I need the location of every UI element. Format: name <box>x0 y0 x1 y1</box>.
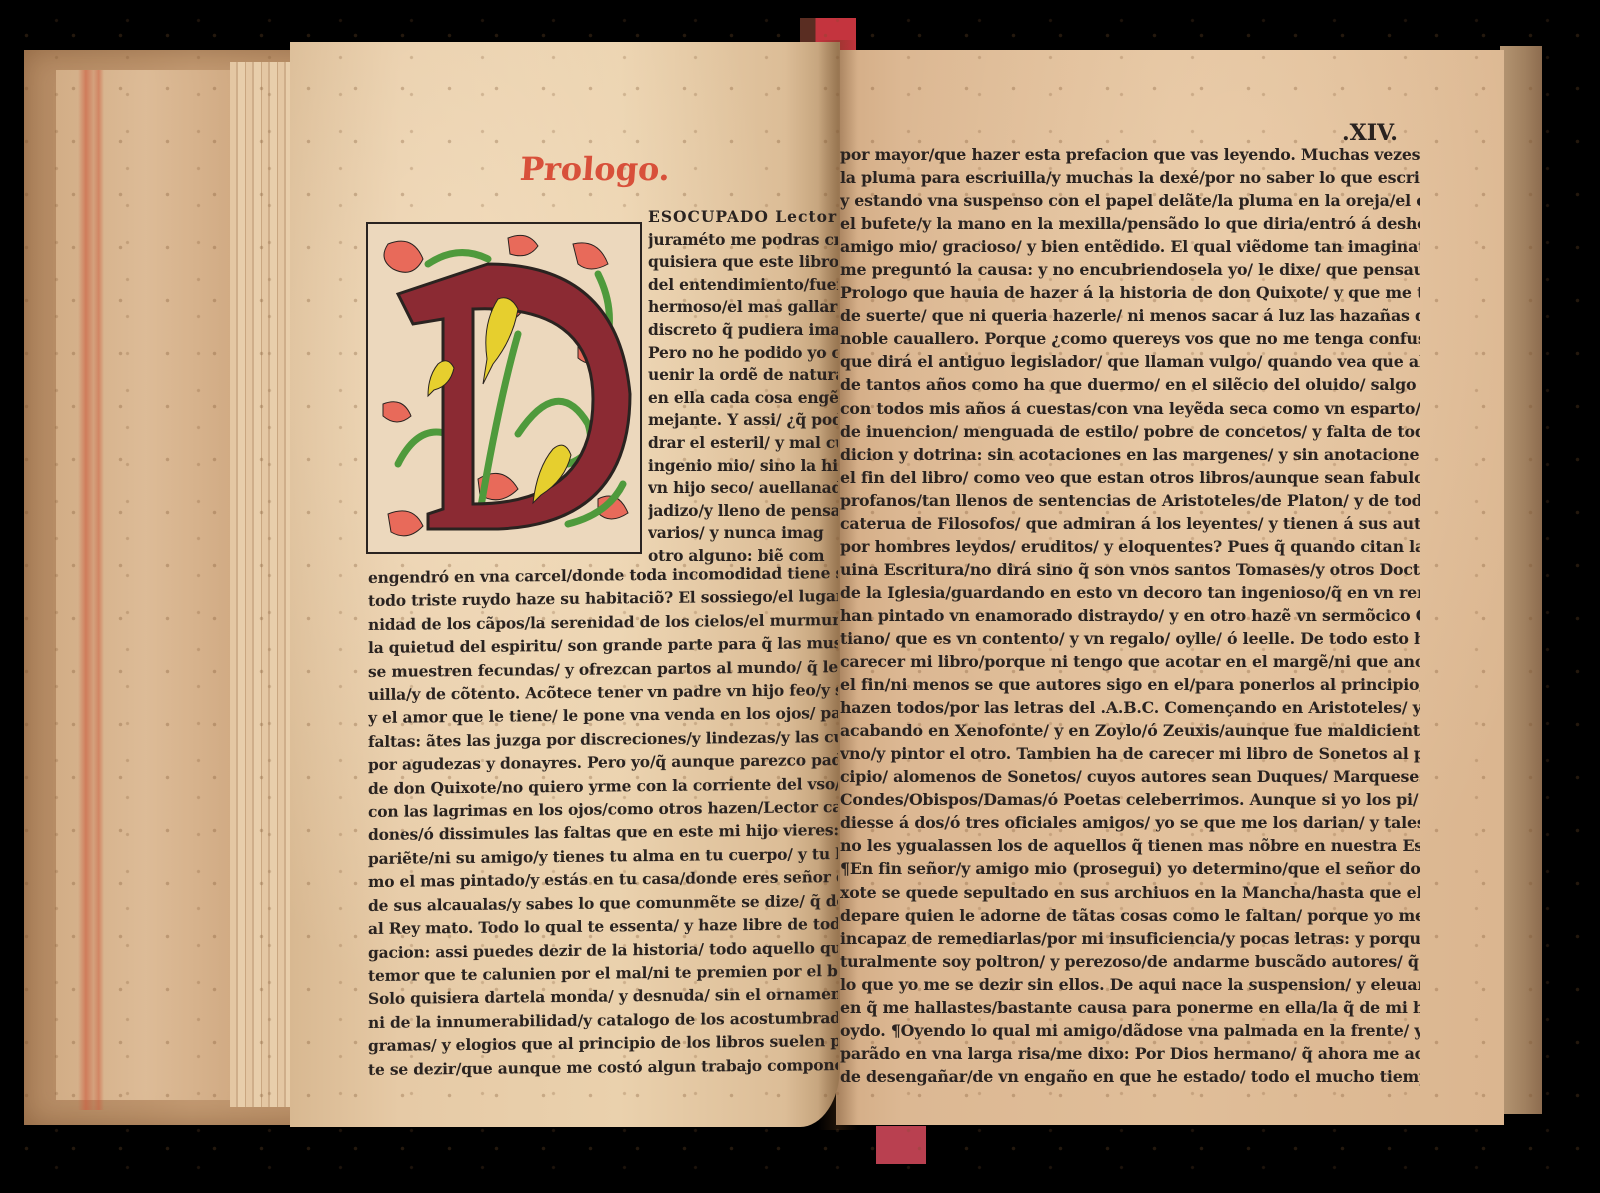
text-line: vno/y pintor el otro. Tambien ha de care… <box>840 742 1420 765</box>
text-line: en q̃ me hallastes/bastante causa para p… <box>840 996 1420 1019</box>
text-line: ingenio mio/ sino la his <box>648 455 838 478</box>
prologue-heading: Prologo. <box>519 150 672 188</box>
text-line: oydo. ¶Oyendo lo qual mi amigo/dãdose vn… <box>840 1019 1420 1042</box>
text-line: quisiera que este libro como <box>648 251 838 274</box>
text-line: acabando en Xenofonte/ y en Zoylo/ó Zeux… <box>840 719 1420 742</box>
red-rule-decoration <box>78 70 104 1110</box>
text-line: el fin del libro/ como veo que estan otr… <box>840 466 1420 489</box>
text-line: discreto q̃ pudiera imagi <box>648 319 838 342</box>
text-line: turalmente soy poltron/ y perezoso/de an… <box>840 950 1420 973</box>
open-book: Prologo. <box>0 0 1600 1193</box>
text-line: caterua de Filosofos/ que admiran á los … <box>840 512 1420 535</box>
ribbon-bookmark-bottom <box>876 1126 926 1164</box>
text-beside-initial: ESOCUPADO Lector juraméto me podras cree… <box>648 206 838 568</box>
text-line: Condes/Obispos/Damas/ó Poetas celeberrim… <box>840 788 1420 811</box>
text-line: lo que yo me se dezir sin ellos. De aqui… <box>840 973 1420 996</box>
text-line: incapaz de remediarlas/por mi insuficien… <box>840 927 1420 950</box>
text-line: uenir la ordẽ de naturaleza <box>648 364 838 387</box>
text-line: noble cauallero. Porque ¿como quereys vo… <box>840 327 1420 350</box>
text-line: en ella cada cosa engẽdra <box>648 387 838 410</box>
text-line: ¶En fin señor/y amigo mio (prosegui) yo … <box>840 857 1420 880</box>
text-line: Prologo que hauia de hazer á la historia… <box>840 281 1420 304</box>
text-line: ESOCUPADO Lector <box>648 206 838 229</box>
text-line: no les ygualassen los de aquellos q̃ tie… <box>840 834 1420 857</box>
text-line: vn hijo seco/ auellanado <box>648 477 838 500</box>
text-line: que dirá el antiguo legislador/ que llam… <box>840 350 1420 373</box>
text-line: juraméto me podras creer <box>648 229 838 252</box>
text-line: de tantos años como ha que duermo/ en el… <box>840 373 1420 396</box>
text-line: amigo mio/ gracioso/ y bien entẽdido. El… <box>840 235 1420 258</box>
text-line: xote se quede sepultado en sus archiuos … <box>840 881 1420 904</box>
text-line: por hombres leydos/ eruditos/ y eloquent… <box>840 535 1420 558</box>
book-cover-right <box>1500 46 1542 1114</box>
text-line: parãdo en vna larga risa/me dixo: Por Di… <box>840 1042 1420 1065</box>
text-line: la pluma para escriuilla/y muchas la dex… <box>840 166 1420 189</box>
text-line: dicion y dotrina: sin acotaciones en las… <box>840 443 1420 466</box>
text-line: del entendimiento/fuera <box>648 274 838 297</box>
text-line: carecer mi libro/porque ni tengo que aco… <box>840 650 1420 673</box>
text-line: me preguntó la causa: y no encubriendose… <box>840 258 1420 281</box>
text-line: Pero no he podido yo co <box>648 342 838 365</box>
text-line: de la Iglesia/guardando en esto vn decor… <box>840 581 1420 604</box>
text-line: uina Escritura/no dirá sino q̃ son vnos … <box>840 558 1420 581</box>
text-line: por mayor/que hazer esta prefacion que v… <box>840 143 1420 166</box>
text-line: te se dezir/que aunque me costó algun tr… <box>368 1053 838 1081</box>
text-line: depare quien le adorne de tãtas cosas co… <box>840 904 1420 927</box>
text-line: tiano/ que es vn contento/ y vn regalo/ … <box>840 627 1420 650</box>
text-line: han pintado vn enamorado distraydo/ y en… <box>840 604 1420 627</box>
text-line: de suerte/ que ni queria hazerle/ ni men… <box>840 304 1420 327</box>
text-line: de desengañar/de vn engaño en que he est… <box>840 1065 1420 1088</box>
text-line: el fin/ni menos se que autores sigo en e… <box>840 673 1420 696</box>
text-line: hermoso/el mas gallardo <box>648 296 838 319</box>
text-line: varios/ y nunca imag <box>648 522 838 545</box>
text-line: de inuencion/ menguada de estilo/ pobre … <box>840 420 1420 443</box>
text-line: cipio/ alomenos de Sonetos/ cuyos autore… <box>840 765 1420 788</box>
right-page-text: por mayor/que hazer esta prefacion que v… <box>840 143 1420 1088</box>
text-line: mejante. Y assi/ ¿q̃ podia <box>648 409 838 432</box>
text-line: hazen todos/por las letras del .A.B.C. C… <box>840 696 1420 719</box>
text-below-initial: engendró en vna carcel/donde toda incomo… <box>368 561 838 1081</box>
text-line: profanos/tan llenos de sentencias de Ari… <box>840 489 1420 512</box>
text-line: y estando vna suspenso con el papel delã… <box>840 189 1420 212</box>
text-line: con todos mis años á cuestas/con vna ley… <box>840 397 1420 420</box>
text-line: drar el esteril/ y mal cul <box>648 432 838 455</box>
text-line: jadizo/y lleno de pensa <box>648 500 838 523</box>
illuminated-initial <box>366 222 642 554</box>
text-line: diesse á dos/ó tres oficiales amigos/ yo… <box>840 811 1420 834</box>
text-line: el bufete/y la mano en la mexilla/pensãd… <box>840 212 1420 235</box>
illuminated-initial-d-icon <box>368 224 640 552</box>
